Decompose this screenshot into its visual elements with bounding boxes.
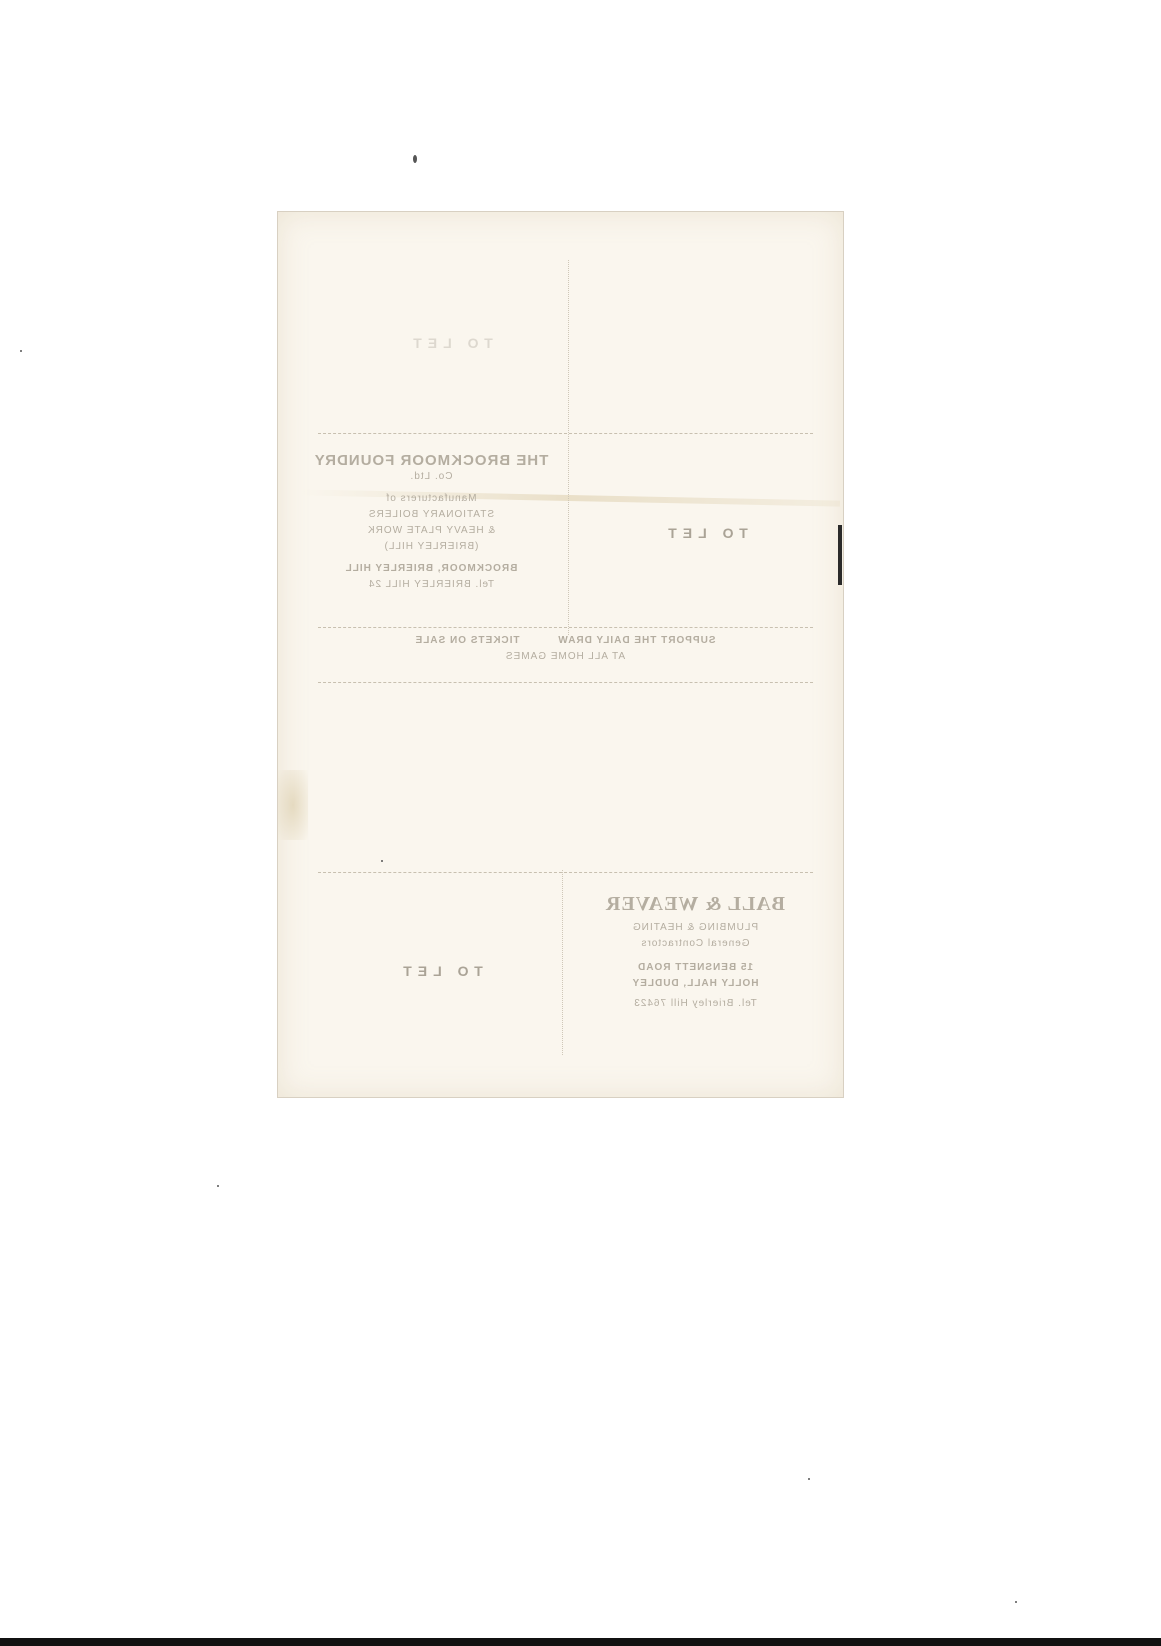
- divider-3: [318, 682, 813, 683]
- scan-speck: [808, 1478, 810, 1480]
- banner-line2: AT ALL HOME GAMES: [320, 649, 810, 665]
- bottom-left-ad: TO LET: [365, 963, 515, 979]
- ad-title: BALL & WEAVER: [575, 893, 815, 916]
- column-divider-top: [568, 260, 569, 635]
- ad-line: Manufacturers of: [300, 491, 562, 507]
- ad-line: PLUMBING & HEATING: [575, 920, 815, 936]
- middle-right-ad: TO LET: [630, 525, 780, 541]
- divider-1: [318, 433, 813, 434]
- banner-left: SUPPORT THE DAILY DRAW: [557, 635, 715, 646]
- column-divider-bottom: [562, 870, 563, 1055]
- scan-speck: [381, 860, 383, 862]
- scan-bottom-edge: [0, 1638, 1161, 1646]
- ad-phone: Tel. BRIERLEY HILL 24: [300, 577, 562, 593]
- banner-right: TICKETS ON SALE: [415, 635, 520, 646]
- divider-2: [318, 627, 813, 628]
- daily-draw-banner: SUPPORT THE DAILY DRAW TICKETS ON SALE A…: [320, 633, 810, 665]
- ad-line: (BRIERLEY HILL): [300, 539, 562, 555]
- ad-address: BROCKMOOR, BRIERLEY HILL: [300, 561, 562, 577]
- ad-phone: Tel. Brierley Hill 76423: [575, 996, 815, 1012]
- staple-binding: [838, 525, 842, 585]
- divider-4: [318, 872, 813, 873]
- brockmoor-foundry-ad: THE BROCKMOOR FOUNDRY Co. Ltd. Manufactu…: [300, 452, 562, 593]
- scan-speck: [20, 350, 22, 352]
- top-left-ad: TO LET: [360, 335, 540, 351]
- ad-address: 15 BENSNETT ROAD: [575, 960, 815, 976]
- ad-address: HOLLY HALL, DUDLEY: [575, 976, 815, 992]
- ad-line: STATIONARY BOILERS: [300, 507, 562, 523]
- ball-weaver-ad: BALL & WEAVER PLUMBING & HEATING General…: [575, 893, 815, 1012]
- scan-speck: [217, 1185, 219, 1187]
- paper-stain: [278, 770, 308, 840]
- scan-speck: [1015, 1601, 1017, 1603]
- scan-speck: [413, 155, 417, 163]
- ad-title: THE BROCKMOOR FOUNDRY: [300, 452, 562, 469]
- ad-line: & HEAVY PLATE WORK: [300, 523, 562, 539]
- ad-subtitle: Co. Ltd.: [300, 469, 562, 485]
- ad-line: General Contractors: [575, 936, 815, 952]
